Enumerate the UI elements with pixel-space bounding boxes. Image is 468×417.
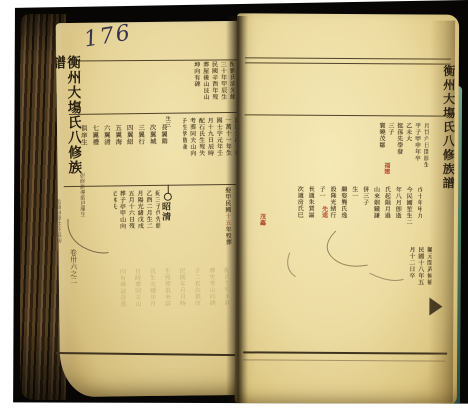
text-column: 配林氏: [114, 190, 116, 210]
text-column: 子一: [317, 186, 324, 199]
text-column: 乙未大: [404, 122, 411, 142]
son-name-column: 俱庠生: [79, 125, 87, 146]
text-column: 戊十年甲九: [415, 186, 422, 219]
son-name-column: 次翼城: [148, 124, 156, 145]
text-column: 五月十六日歿: [126, 190, 133, 229]
text-column: 平子甲申年卒: [413, 122, 420, 161]
ghost-column: 民國年月日時: [177, 268, 184, 307]
descendant-name: 昭清: [159, 202, 172, 222]
text-column: 月十九日辰時: [205, 117, 212, 156]
right-middle-text-block: 月廿六日閏辰生 平子甲申年卒 乙未大 挺孫先學發 三子 寰曉茂鄒: [364, 122, 428, 182]
text-column: 民國辛酉年歿: [210, 61, 217, 100]
text-column: 山來姻鐡謙: [371, 186, 378, 219]
photo: 衡州大塲氏八修族譜 倡修訓導銜邑廩生 監修邑庠生下長房 卷卅六之二 配劉氏清光緒…: [0, 0, 468, 417]
scanned-photo-frame: 衡州大塲氏八修族譜 倡修訓導銜邑廩生 監修邑庠生下長房 卷卅六之二 配劉氏清光緒…: [0, 0, 468, 417]
fishtail-mark: [429, 298, 442, 316]
rule-divider: [245, 114, 447, 116]
right-page: 衡州大塲氏八修族譜 月廿六日閏辰生 平子甲申年卒 乙未大 挺孫先學發 三子 寰曉…: [235, 13, 459, 404]
text-column: 長適朱賀諨: [306, 186, 313, 219]
text-column: 配石氏生歿失: [196, 117, 203, 156]
text-column: 今民國笙生二: [404, 186, 411, 225]
pencil-curve: [64, 193, 111, 262]
text-column: 葬子亭甲山向: [117, 190, 124, 229]
text-column: 子性孝勤儉: [183, 118, 186, 151]
sons-name-block: 長翼卿 次翼城 三翼行 四翼紹 五翼海 六翼清 七翼禮 俱庠生: [75, 124, 168, 183]
ghost-column: 子二長次俱庠: [192, 267, 199, 306]
son-name-column: 五翼海: [114, 124, 122, 145]
rule-divider-2: [64, 184, 240, 187]
ghost-column: 向有碑誌存焉: [118, 268, 125, 307]
red-correction: 福建: [382, 162, 389, 174]
book-gutter-shadow: [226, 16, 248, 404]
text-column: 次適房氏巳: [295, 186, 302, 219]
left-page: 衡州大塲氏八修族譜 倡修訓導銜邑廩生 監修邑庠生下長房 卷卅六之二 配劉氏清光緒…: [56, 21, 247, 397]
son-name-column: 三翼行: [137, 124, 145, 145]
text-column: 乙酉二月生二: [144, 190, 151, 229]
text-column: 氏起隕月過: [382, 186, 389, 219]
lineage-node-circle: [164, 193, 172, 201]
text-column: 國士字元年壬: [214, 117, 221, 156]
rule-divider-1: [69, 112, 239, 115]
ghost-column: 氏生光緒年月: [147, 268, 154, 307]
text-column: 考葬同夫山向: [188, 117, 195, 156]
text-column: 月廿六日閏辰生: [421, 122, 428, 168]
ghost-column: 葬失考山向碑: [207, 267, 214, 306]
pencil-curves: [249, 224, 409, 295]
bleedthrough-ghost-text: 配氏生歿未詳 葬失考山向碑 子二長次俱庠 民國年月日時 生歿葬俱未詳 氏生光緒年…: [95, 267, 230, 369]
text-column: 民國十八年五: [416, 246, 423, 285]
text-column: 生一: [350, 186, 357, 199]
son-name-column: 四翼紹: [125, 124, 133, 145]
rule-top-inner: [245, 62, 451, 64]
red-correction: 先逵: [320, 206, 327, 218]
text-column: 年八月卽逝: [393, 186, 400, 219]
son-name-column: 長翼卿: [159, 124, 167, 145]
son-name-column: 七翼禮: [91, 125, 99, 146]
text-column: 坤向有碑: [192, 61, 199, 87]
left-edge-note-b: 監修邑庠生下長房: [52, 199, 62, 261]
right-edge-title: 衡州大塲氏八修族譜: [432, 65, 455, 251]
text-column: 挺孫先學發: [395, 122, 402, 155]
text-column: 三子: [386, 122, 393, 135]
text-column: 葬屋後山艮山: [201, 61, 208, 100]
text-column: 三十年甲辰生: [218, 61, 225, 100]
rule-bottom: [243, 351, 447, 354]
text-column: 紀三子代先絡: [153, 190, 160, 229]
ghost-column: 生歿葬俱未詳: [162, 268, 169, 307]
text-column: 月陽光緒戊戌: [135, 190, 142, 229]
text-column: 繼娶龔氏逸: [339, 186, 346, 219]
son-name-column: 六翼清: [102, 124, 110, 145]
text-column: 併三子: [361, 186, 368, 206]
text-column: 設隆光緒行: [328, 186, 335, 219]
rule-bottom-faint: [243, 359, 445, 361]
text-column: 鬮元閏武候補: [425, 246, 432, 285]
text-column: 寰曉茂鄒: [377, 122, 384, 148]
rule-top-outer: [245, 57, 451, 59]
ghost-column: 日時葬同夫山: [132, 268, 139, 307]
